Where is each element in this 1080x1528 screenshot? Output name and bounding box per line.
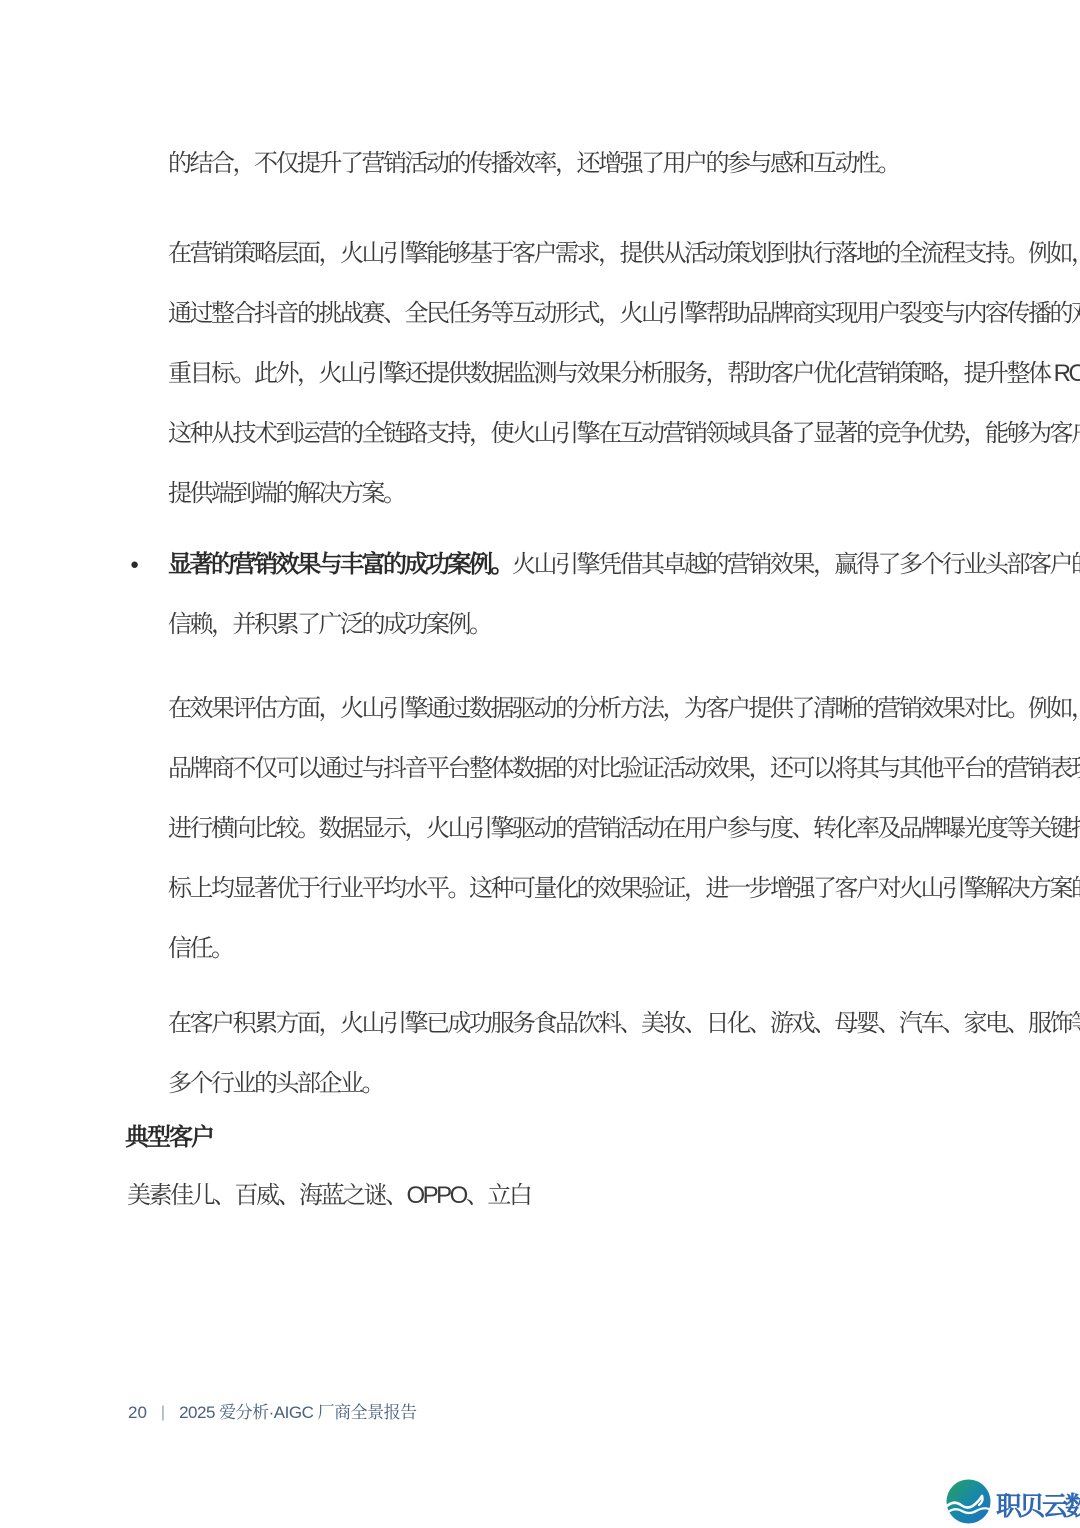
zhibei-logo: 职贝云数: [946, 1479, 1080, 1528]
text-line: 的结合，不仅提升了营销活动的传播效率，还增强了用户的参与感和互动性。: [168, 134, 1068, 194]
text-line: 在效果评估方面，火山引擎通过数据驱动的分析方法，为客户提供了清晰的营销效果对比。…: [168, 679, 1068, 739]
footer-separator: |: [161, 1398, 165, 1428]
paragraph-customer-accumulation: 在客户积累方面，火山引擎已成功服务食品饮料、美妆、日化、游戏、母婴、汽车、家电、…: [168, 994, 1068, 1114]
report-title: 2025 爱分析·AIGC 厂商全景报告: [179, 1398, 417, 1428]
typical-customers-list: 美素佳儿、百威、海蓝之谜、OPPO、立白: [127, 1166, 530, 1226]
text-line: 在客户积累方面，火山引擎已成功服务食品饮料、美妆、日化、游戏、母婴、汽车、家电、…: [168, 994, 1068, 1054]
bullet-bold-lead: 显著的营销效果与丰富的成功案例。: [168, 551, 512, 578]
text-line: 进行横向比较。数据显示，火山引擎驱动的营销活动在用户参与度、转化率及品牌曝光度等…: [168, 799, 1068, 859]
report-page: 的结合，不仅提升了营销活动的传播效率，还增强了用户的参与感和互动性。 在营销策略…: [0, 0, 1080, 1528]
text-line: 品牌商不仅可以通过与抖音平台整体数据的对比验证活动效果，还可以将其与其他平台的营…: [168, 739, 1068, 799]
text-line: 这种从技术到运营的全链路支持，使火山引擎在互动营销领域具备了显著的竞争优势，能够…: [168, 404, 1068, 464]
wave-globe-icon: [946, 1479, 991, 1528]
paragraph-effect-evaluation: 在效果评估方面，火山引擎通过数据驱动的分析方法，为客户提供了清晰的营销效果对比。…: [168, 679, 1068, 979]
page-footer: 20 | 2025 爱分析·AIGC 厂商全景报告: [128, 1398, 417, 1428]
typical-customers-heading: 典型客户: [125, 1108, 213, 1168]
bullet-line-2: 信赖，并积累了广泛的成功案例。: [168, 595, 1068, 655]
bullet-line-1: 显著的营销效果与丰富的成功案例。火山引擎凭借其卓越的营销效果，赢得了多个行业头部…: [168, 535, 1068, 595]
text-line: 通过整合抖音的挑战赛、全民任务等互动形式，火山引擎帮助品牌商实现用户裂变与内容传…: [168, 284, 1068, 344]
text-line: 提供端到端的解决方案。: [168, 464, 1068, 524]
bullet-line-1-rest: 火山引擎凭借其卓越的营销效果，赢得了多个行业头部客户的: [512, 551, 1080, 578]
page-number: 20: [128, 1398, 147, 1428]
bullet-marker-icon: ●: [130, 535, 150, 595]
text-line: 多个行业的头部企业。: [168, 1054, 1068, 1114]
paragraph-marketing-strategy: 在营销策略层面，火山引擎能够基于客户需求，提供从活动策划到执行落地的全流程支持。…: [168, 224, 1068, 524]
bullet-item-marketing-results: 显著的营销效果与丰富的成功案例。火山引擎凭借其卓越的营销效果，赢得了多个行业头部…: [168, 535, 1068, 655]
text-line: 标上均显著优于行业平均水平。这种可量化的效果验证，进一步增强了客户对火山引擎解决…: [168, 859, 1068, 919]
paragraph-intro-continuation: 的结合，不仅提升了营销活动的传播效率，还增强了用户的参与感和互动性。: [168, 134, 1068, 194]
text-line: 重目标。此外，火山引擎还提供数据监测与效果分析服务，帮助客户优化营销策略，提升整…: [168, 344, 1068, 404]
text-line: 信任。: [168, 919, 1068, 979]
logo-text: 职贝云数: [996, 1486, 1080, 1523]
text-line: 在营销策略层面，火山引擎能够基于客户需求，提供从活动策划到执行落地的全流程支持。…: [168, 224, 1068, 284]
